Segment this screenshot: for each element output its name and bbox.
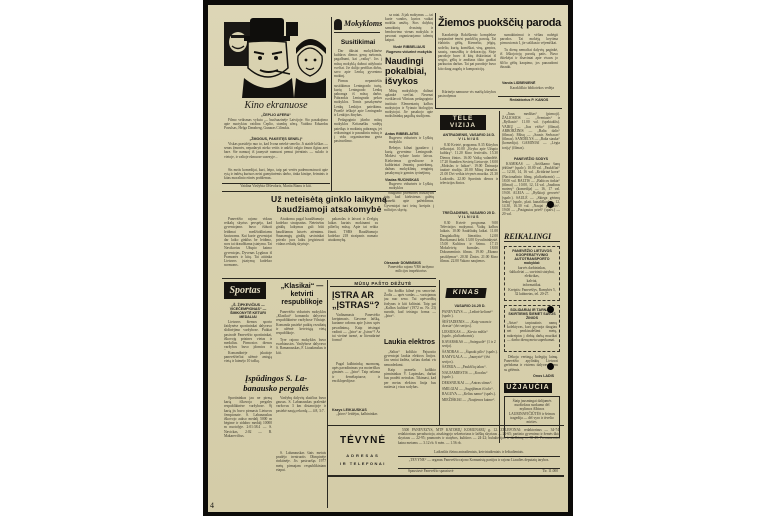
- divider: [436, 108, 562, 109]
- zemos-sig-role: Karakliškio bibliotekos vedėja: [506, 86, 558, 94]
- klasikai-text-2: Tyre rajono mokyklos buvo svarbiausios. …: [276, 338, 326, 368]
- divider: [328, 475, 564, 477]
- kinas-listing: RAMYGALA — „Jaunystė“ (dvi serijos).: [442, 355, 498, 363]
- kinas-listing: RAGUVA — „Kelias namo“ (spalv.).: [442, 392, 498, 396]
- film-title-2: „ŽMOGUS, PAKEITĘS SENELĮ“: [222, 137, 330, 141]
- zemos-text-right-2: Tu dienų nemačiai dalyvių paginkė, iš li…: [500, 48, 558, 78]
- divider: [222, 278, 436, 279]
- klasikai-text: Panevėžio vidurinės mokyklos „Klasikai“ …: [276, 310, 326, 336]
- naudingi-text-2: Rebejos kilnai įgaudavo į kurią gyvenimo…: [385, 146, 433, 177]
- zemos-heading: Žiemos puokščių paroda: [438, 17, 562, 29]
- kino-heading: Kino ekranuose: [222, 100, 330, 111]
- televizija-logo: TELE VIZIJA: [440, 115, 486, 130]
- tv-day2-text: 8.30 Kvietė programa. 9.00 Televizijos m…: [440, 221, 498, 285]
- kinas-logo: KINAS: [442, 286, 492, 300]
- divider: [328, 425, 564, 426]
- pasto-section-title: MŪSŲ PAŠTO DĖŽUTĖ: [330, 281, 436, 287]
- klasikai-heading: „Klasikai“ — ketvirti respublikoje: [276, 283, 328, 307]
- page-number: 4: [210, 501, 214, 510]
- zemos-text-left-2: Kūrinėjo namuose vis maišų kūrybos pasir…: [438, 90, 496, 99]
- laukia-heading: Laukia elektros: [384, 339, 438, 346]
- column-rule: [327, 280, 328, 508]
- tv-day1-text: 8.30 Kvietė, programa. 8.35 Kūrybos iešk…: [440, 143, 498, 207]
- tevyne-order: Tir. 11.000: [508, 469, 558, 474]
- kinas-listing: ŠATRIJA — „Paukščių takas“.: [442, 365, 498, 369]
- mokykloms-continued: sa ratai. Ji jak mokymas — tai kurie van…: [385, 13, 433, 44]
- ispudingos-text: Sportininkas jau ne pirmą kartą iškovoja…: [224, 396, 272, 508]
- cartoon-faces-icon: [222, 18, 330, 98]
- mokykloms-text: Dar tūkstai mokyklinėse kultūros dienos …: [334, 49, 382, 189]
- film-text-3: Šis mrtis komedijai, kuri, leipo, taip p…: [224, 168, 328, 181]
- column-rule: [435, 13, 436, 109]
- kinas-listing: MIEŽIŠKIAI — „Naujienos kaime“.: [442, 398, 498, 402]
- zemos-sig-name: Vanda LIŪBENIENĖ: [502, 81, 558, 85]
- kinas-listing: KAVARSKAS — „Snieguolė“ (1 ir 2 serija).: [442, 340, 498, 348]
- kinas-listing: PANEVĖŽYS — „Ledinė kelionė“ (spalv.).: [442, 310, 498, 318]
- naudingi-heading: Naudingi pokalbiai, išvykos: [385, 56, 433, 86]
- uz-col3: pakarolas ir laisvai ir Žvelgių laikas k…: [328, 217, 378, 277]
- tv-day1-channel: VILNIUS: [440, 137, 498, 141]
- sportas-intro-text-2: Komandinėje įskaitoje panevėžiečiai užėm…: [224, 351, 272, 368]
- kinas-listing: ŠEŠTADIENIS — „Kaip vasara ir dvasia“ (d…: [442, 320, 498, 328]
- tevyne-name: TĖVYNĖ: [332, 435, 394, 446]
- naudingi-sig1-role: Rugeveo vidurinės ir Lyškių mokykla: [389, 136, 433, 145]
- naudingi-sig2-role: Rugeveo vidurinės ir Lyškių mokyklos: [389, 182, 433, 190]
- column-rule: [499, 111, 500, 443]
- newspaper-page: Kino ekranuose „ČEPLIO AFERA“ Filmo veik…: [208, 5, 568, 512]
- mokykloms-logo: Mokykloms: [334, 18, 380, 33]
- sportas-intro-text: Lietuvos žiemos sporto žaidynėse sportin…: [224, 320, 272, 350]
- column-rule: [331, 17, 332, 191]
- kinas-listing: NAUJAMIESTIS — „Koralas“ (spalv.).: [442, 371, 498, 379]
- uz-col1: Panevėžio rajono vidaus reikalų skyrius …: [224, 217, 272, 277]
- laukia-text: „Šaltas“ kolūkio Pajuostio gyventojai la…: [384, 350, 436, 366]
- kinas-listing: LIESIUKAS — „Kirvio mūšis“ (spalv., plač…: [442, 330, 498, 338]
- kinas-listings: PANEVĖŽYS — „Ledinė kelionė“ (spalv.). Š…: [442, 310, 498, 422]
- sportas-logo: Sportas: [224, 282, 266, 299]
- tevyne-line1: ADRESAS: [332, 453, 394, 458]
- istra-text-2: Pagal kalbininkų nuomonę, upės pavadinim…: [332, 362, 380, 406]
- job-ad-1: PANEVĖŽIO LIETUVOS KOOPERATYVINIO AUTOTR…: [504, 246, 560, 301]
- sportas-intro-title: „Š. ŽIPKEVIČIUS — VICEČEMPIONAS“ — ŠIMKO…: [224, 303, 272, 319]
- kinas-listing: DEKSNIUKAI — „Antras sūnus“.: [442, 381, 498, 385]
- istra-col2: Šio žodžio kilmė yra senovinė. Žodis — u…: [384, 289, 436, 335]
- ispudingos-text-2: Varžybų dalyvių skaičius buvo gausus. S.…: [276, 396, 326, 448]
- film-text-1: Filmo veiksmas vyksta — buržuazinėje Lat…: [224, 118, 328, 135]
- binder-hole: [547, 201, 554, 208]
- divider: [398, 456, 560, 457]
- zemos-text-right: sumaktinimai ir vėliau nubėgti parodos. …: [500, 33, 558, 47]
- uzjaucia-heading: UŽJAUČIA: [504, 383, 552, 393]
- tevyne-line2: IR TELEFONAI: [332, 461, 394, 466]
- thanks-signature: Onos LADIS: [504, 374, 554, 378]
- mokykloms-sig-name: Vizdė RIBBELIAUS: [385, 45, 433, 49]
- tv-day2-channel: VILNIUS: [440, 215, 498, 219]
- column-rule: [439, 280, 440, 425]
- uz-col2: Atsakoma pagal baudžiamojo kodekso strai…: [276, 217, 324, 277]
- uz-col4: Saugumo priemonės nustatytos taip, kad k…: [384, 191, 434, 259]
- mokykloms-heading: Susitikimai: [334, 39, 382, 46]
- film-title-1: „ČEPLIO AFERA“: [222, 113, 330, 117]
- film-text-2: Viskas prasidėjo nuo to, kad Ivona netek…: [224, 142, 328, 168]
- laukia-text-2: Kaip praneša kolūkio pirmininkas V. Lapi…: [384, 368, 436, 422]
- ispudingos-heading-2: banausko pergalės: [222, 383, 330, 393]
- binder-hole: [547, 306, 554, 313]
- ispudingos-text-3: S. Labanauskas šiais metais pradėjo tren…: [276, 451, 326, 481]
- zemos-text-left: Karakrėtija Rokiškenio komplekse tarptau…: [438, 33, 496, 89]
- tevyne-publisher: „TĖVYNĖ“ — organas Panevėžio rajono Komu…: [400, 458, 558, 467]
- tevyne-note: Laikraštis išeina antradieniais, ketvirt…: [398, 450, 560, 455]
- editor-name: Redaktorius P. KANOS: [500, 98, 558, 102]
- kinas-listing: SMILGIAI — „Sugrįžimas iš tolo“.: [442, 387, 498, 391]
- istra-sig-role: „Įstros“ leidėjas, kalbininkas: [336, 412, 380, 420]
- divider: [498, 96, 560, 97]
- istra-heading-2: „ĮSTRAS“?: [332, 300, 382, 310]
- kinas-listing: ŠANDRAS — „Šiąnakt pilis“ (spalv.).: [442, 350, 498, 354]
- mokykloms-sig-role: Rugeveo vidurinė mokykla: [385, 50, 433, 54]
- kino-credits: Vaidina Viežybia Olševdaris, Mariia Bian…: [224, 184, 328, 189]
- cartoon-illustration: [222, 18, 330, 98]
- tv-continued-text: „Jiaus medžias“ (pirmoji). ŽALIOSIOS — „…: [502, 112, 560, 154]
- istra-text: Vadinamasis Panevėžio kreipimasis. Gavom…: [332, 313, 380, 361]
- tevyne-printing: Spaustuvė Panevėžio spaustuvė: [408, 469, 488, 474]
- tv-section-text: KAMIKAS — „Artiškamo šunų jėkšinė“ (spal…: [502, 162, 560, 226]
- ispudingos-heading-1: Įspūdingos S. La-: [222, 373, 330, 383]
- kinas-date: VASARIO 24-25 D.: [442, 304, 498, 308]
- tv-section-title: PANEVĖŽIO SODYS: [502, 157, 560, 161]
- naudingi-text-1: Mūsų mokykloje, dalinai aplankė svečiai.…: [385, 89, 433, 131]
- owl-icon: [334, 19, 342, 30]
- uz-sig-role: Panevėžio rajono VRS tardymo milicijos i…: [388, 265, 434, 277]
- istra-heading-1: ĮSTRA AR: [332, 290, 382, 300]
- tevyne-address: 5300 PANEVĖŽYS, MTP KATORIŲ KOMUNARŲ g. …: [398, 428, 560, 450]
- reikalingi-heading: REIKALINGI: [504, 232, 560, 242]
- binder-hole: [547, 363, 554, 370]
